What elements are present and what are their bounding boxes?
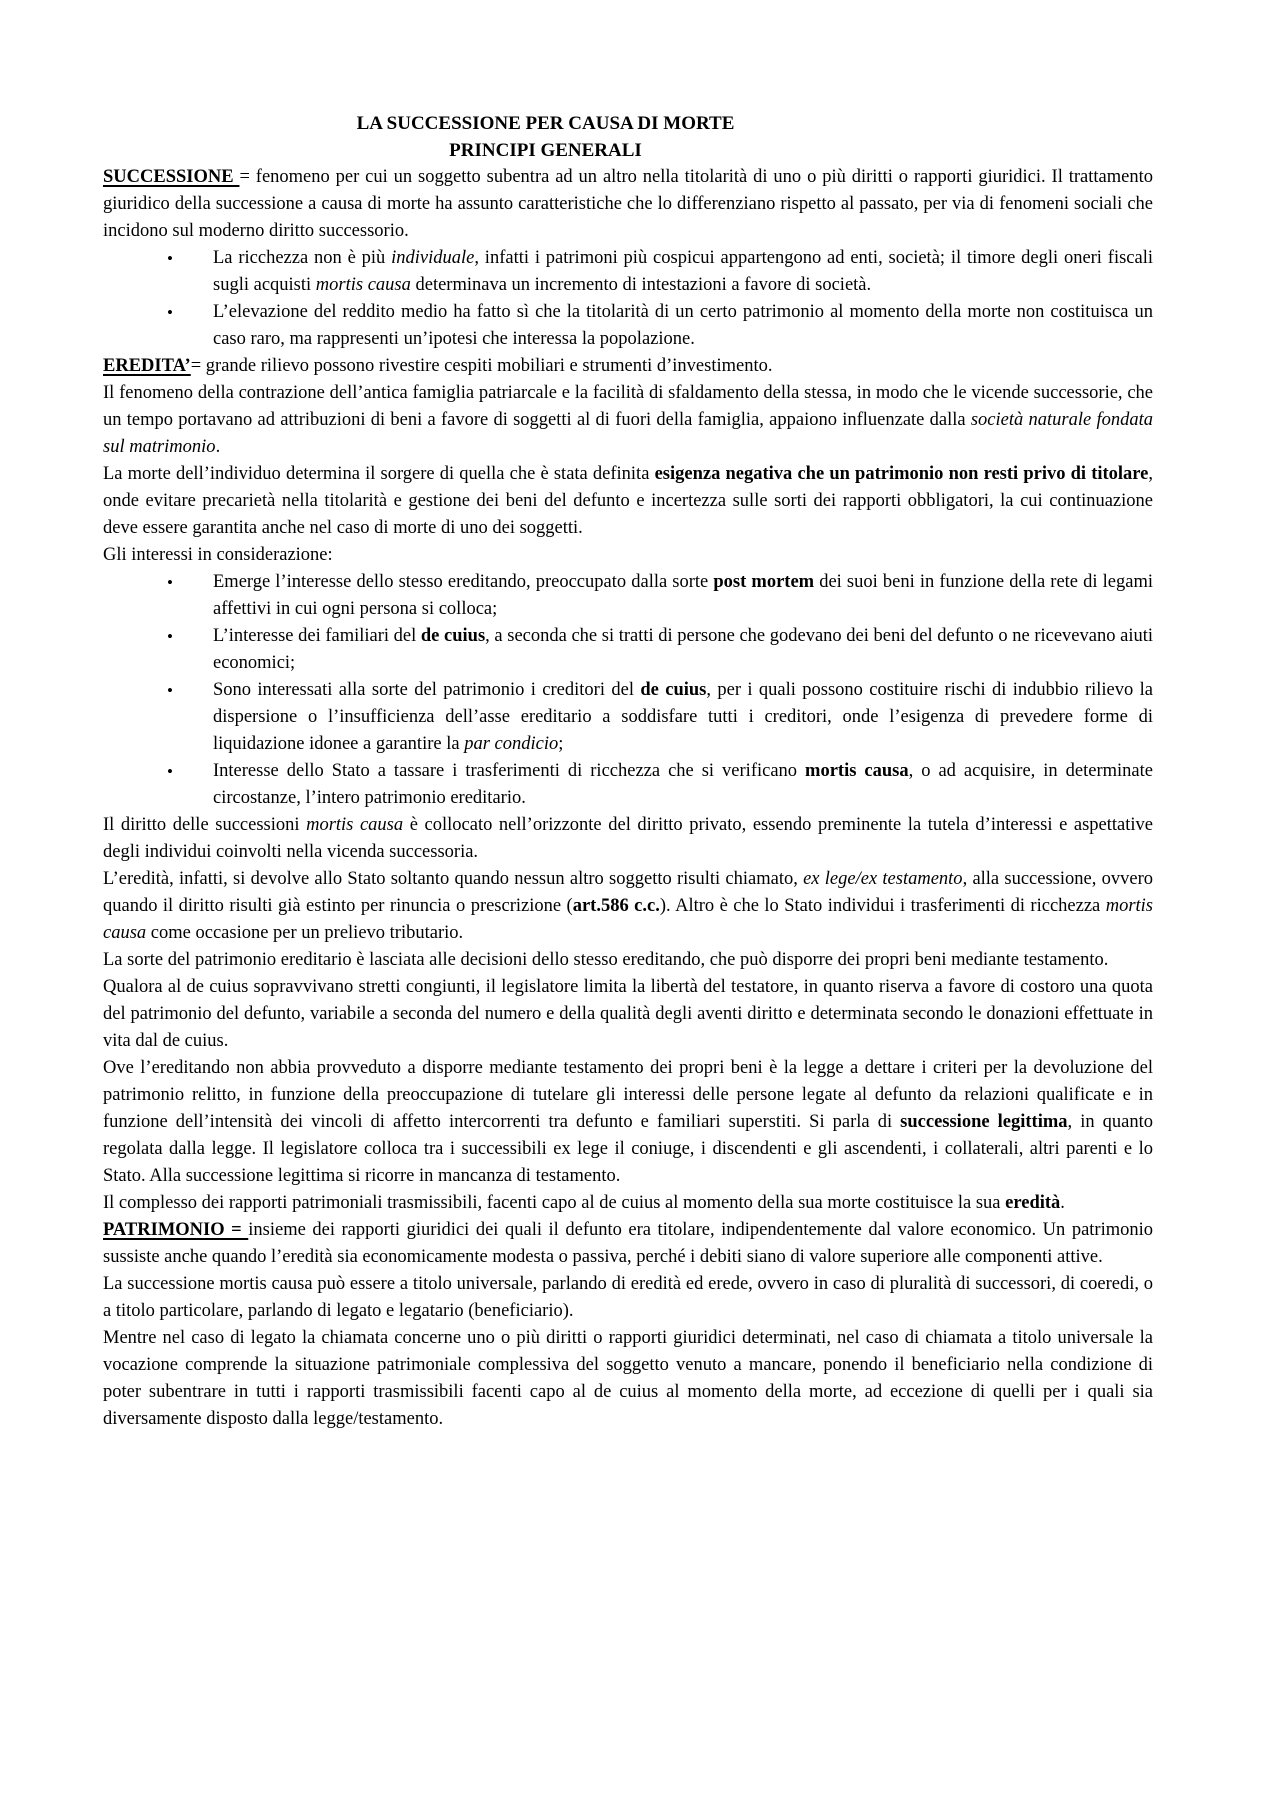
bullet-icon: • xyxy=(167,677,173,704)
text-run: . xyxy=(1060,1193,1065,1213)
text-run: = fenomeno per cui un soggetto subentra … xyxy=(103,167,1153,241)
text-run: esigenza negativa che un patrimonio non … xyxy=(655,464,1149,484)
list-item-text: L’elevazione del reddito medio ha fatto … xyxy=(213,302,1153,349)
text-run: individuale xyxy=(391,248,474,268)
text-run: mortis causa xyxy=(316,275,411,295)
text-run: La successione mortis causa può essere a… xyxy=(103,1274,1153,1321)
bullet-icon: • xyxy=(167,299,173,326)
text-run: insieme dei rapporti giuridici dei quali… xyxy=(103,1220,1153,1267)
text-run: L’elevazione del reddito medio ha fatto … xyxy=(213,302,1153,349)
text-run: La morte dell’individuo determina il sor… xyxy=(103,464,655,484)
paragraph: La morte dell’individuo determina il sor… xyxy=(103,461,1153,542)
text-run: determinava un incremento di intestazion… xyxy=(411,275,871,295)
text-run: Interesse dello Stato a tassare i trasfe… xyxy=(213,761,805,781)
paragraph: Ove l’ereditando non abbia provveduto a … xyxy=(103,1055,1153,1190)
paragraph: Gli interessi in considerazione: xyxy=(103,542,1153,569)
paragraph: La successione mortis causa può essere a… xyxy=(103,1271,1153,1325)
text-run: L’interesse dei familiari del xyxy=(213,626,421,646)
text-run: Emerge l’interesse dello stesso ereditan… xyxy=(213,572,713,592)
text-run: Qualora al de cuius sopravvivano stretti… xyxy=(103,977,1153,1051)
list-item-text: L’interesse dei familiari del de cuius, … xyxy=(213,626,1153,673)
paragraph: SUCCESSIONE = fenomeno per cui un sogget… xyxy=(103,164,1153,245)
list-item: •L’elevazione del reddito medio ha fatto… xyxy=(103,299,1153,353)
paragraph: PATRIMONIO = insieme dei rapporti giurid… xyxy=(103,1217,1153,1271)
paragraph: Qualora al de cuius sopravvivano stretti… xyxy=(103,974,1153,1055)
list-item: •Sono interessati alla sorte del patrimo… xyxy=(103,677,1153,758)
paragraph: EREDITA’= grande rilievo possono rivesti… xyxy=(103,353,1153,380)
text-run: mortis causa xyxy=(805,761,909,781)
document-page: LA SUCCESSIONE PER CAUSA DI MORTE PRINCI… xyxy=(0,0,1280,1811)
bullet-list: •Emerge l’interesse dello stesso eredita… xyxy=(103,569,1153,812)
text-run: ex lege/ex testamento xyxy=(803,869,962,889)
list-item-text: Sono interessati alla sorte del patrimon… xyxy=(213,680,1153,754)
text-run: Gli interessi in considerazione: xyxy=(103,545,333,565)
text-run: eredità xyxy=(1005,1193,1060,1213)
bullet-list: •La ricchezza non è più individuale, inf… xyxy=(103,245,1153,353)
list-item-text: Emerge l’interesse dello stesso ereditan… xyxy=(213,572,1153,619)
text-run: Sono interessati alla sorte del patrimon… xyxy=(213,680,640,700)
text-run: ; xyxy=(558,734,563,754)
paragraph: Il fenomeno della contrazione dell’antic… xyxy=(103,380,1153,461)
list-item: •Interesse dello Stato a tassare i trasf… xyxy=(103,758,1153,812)
document-subtitle: PRINCIPI GENERALI xyxy=(103,137,1153,164)
list-item-text: La ricchezza non è più individuale, infa… xyxy=(213,248,1153,295)
list-item: •L’interesse dei familiari del de cuius,… xyxy=(103,623,1153,677)
paragraph: Mentre nel caso di legato la chiamata co… xyxy=(103,1325,1153,1433)
paragraph: La sorte del patrimonio ereditario è las… xyxy=(103,947,1153,974)
list-item: •Emerge l’interesse dello stesso eredita… xyxy=(103,569,1153,623)
paragraph: L’eredità, infatti, si devolve allo Stat… xyxy=(103,866,1153,947)
text-run: SUCCESSIONE xyxy=(103,167,239,187)
bullet-icon: • xyxy=(167,623,173,650)
document-title: LA SUCCESSIONE PER CAUSA DI MORTE xyxy=(103,110,1153,137)
text-run: EREDITA’ xyxy=(103,356,191,376)
text-run: post mortem xyxy=(713,572,814,592)
text-run: successione legittima xyxy=(900,1112,1067,1132)
text-run: come occasione per un prelievo tributari… xyxy=(146,923,463,943)
list-item-text: Interesse dello Stato a tassare i trasfe… xyxy=(213,761,1153,808)
text-run: = grande rilievo possono rivestire cespi… xyxy=(191,356,773,376)
bullet-icon: • xyxy=(167,569,173,596)
text-run: de cuius xyxy=(640,680,706,700)
paragraph: Il diritto delle successioni mortis caus… xyxy=(103,812,1153,866)
bullet-icon: • xyxy=(167,245,173,272)
paragraph: Il complesso dei rapporti patrimoniali t… xyxy=(103,1190,1153,1217)
text-run: mortis causa xyxy=(306,815,403,835)
text-run: Il diritto delle successioni xyxy=(103,815,306,835)
text-run: La ricchezza non è più xyxy=(213,248,391,268)
text-run: Mentre nel caso di legato la chiamata co… xyxy=(103,1328,1153,1429)
text-run: L’eredità, infatti, si devolve allo Stat… xyxy=(103,869,803,889)
text-run: PATRIMONIO = xyxy=(103,1220,248,1240)
text-run: La sorte del patrimonio ereditario è las… xyxy=(103,950,1108,970)
list-item: •La ricchezza non è più individuale, inf… xyxy=(103,245,1153,299)
text-run: Il complesso dei rapporti patrimoniali t… xyxy=(103,1193,1005,1213)
document-body: SUCCESSIONE = fenomeno per cui un sogget… xyxy=(103,164,1153,1433)
text-run: art.586 c.c. xyxy=(573,896,660,916)
bullet-icon: • xyxy=(167,758,173,785)
text-run: de cuius xyxy=(421,626,485,646)
text-run: ). Altro è che lo Stato individui i tras… xyxy=(660,896,1106,916)
text-run: par condicio xyxy=(464,734,558,754)
text-run: . xyxy=(216,437,221,457)
